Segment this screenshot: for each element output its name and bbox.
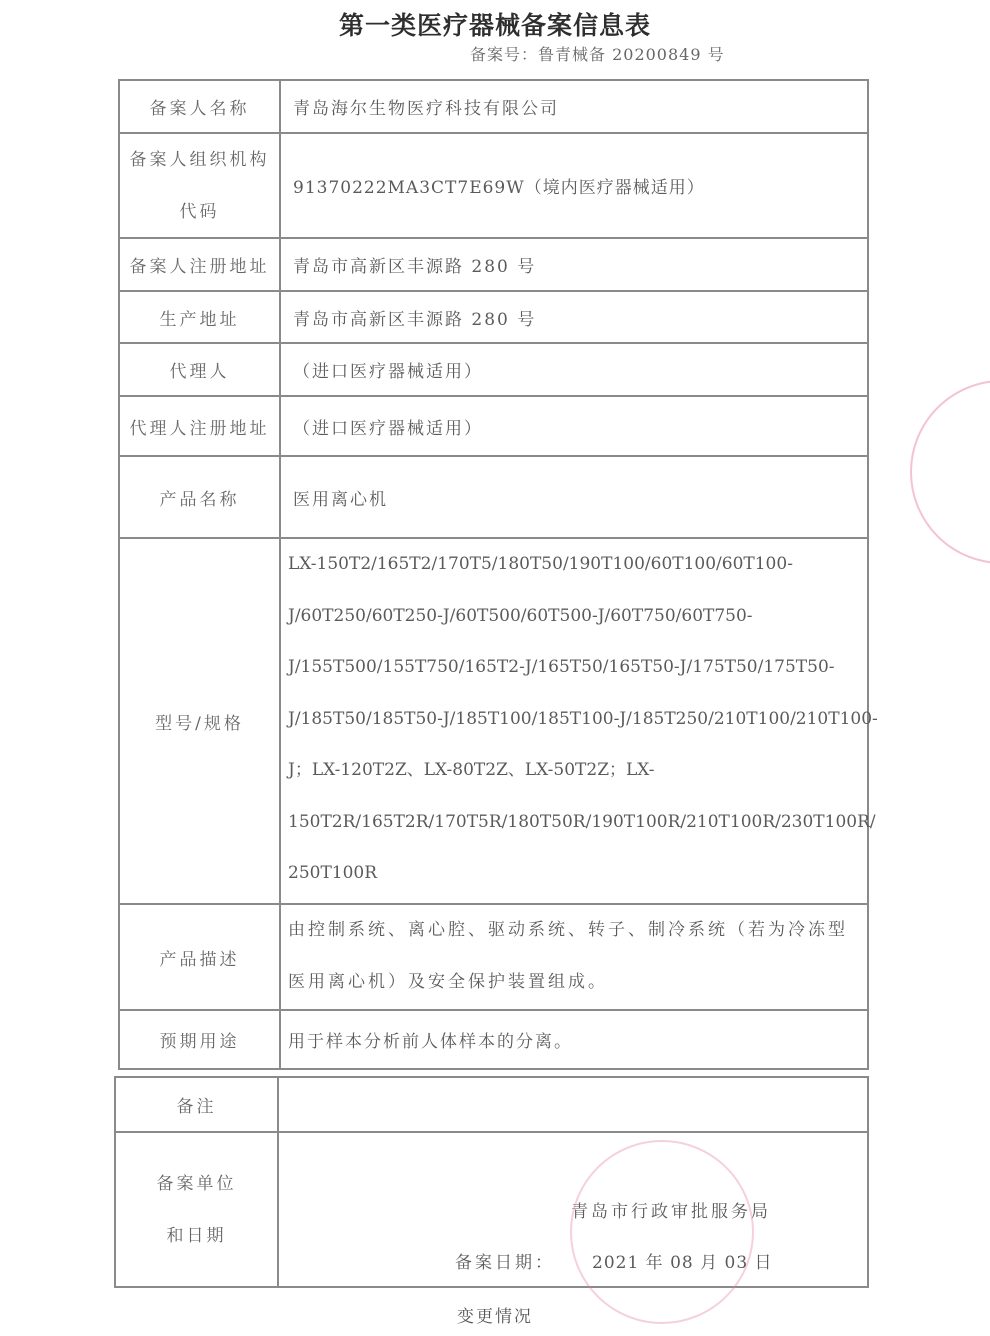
row-label: 生产地址 [120, 292, 281, 342]
row-label: 备案单位 和日期 [116, 1133, 279, 1286]
row-value: 91370222MA3CT7E69W（境内医疗器械适用） [281, 134, 867, 237]
row-value: 青岛市高新区丰源路 280 号 [281, 292, 867, 342]
filing-date-label: 备案日期： [455, 1248, 555, 1273]
table-row-product-name: 产品名称 医用离心机 [120, 457, 867, 539]
row-value: 医用离心机 [281, 457, 867, 537]
row-label: 备案人组织机构 代码 [120, 134, 281, 237]
table-row-org-code: 备案人组织机构 代码 91370222MA3CT7E69W（境内医疗器械适用） [120, 134, 867, 239]
document-title: 第一类医疗器械备案信息表 [0, 6, 990, 42]
row-label: 预期用途 [120, 1011, 281, 1068]
row-label: 代理人注册地址 [120, 397, 281, 455]
row-label: 代理人 [120, 344, 281, 395]
row-label: 型号/规格 [120, 539, 281, 903]
filing-unit-value: 青岛市行政审批服务局 备案日期： 2021 年 08 月 03 日 [279, 1133, 867, 1286]
table-row-agent-address: 代理人注册地址 （进口医疗器械适用） [120, 397, 867, 457]
info-table: 备案人名称 青岛海尔生物医疗科技有限公司 备案人组织机构 代码 91370222… [118, 79, 869, 1070]
table-row-registrant-name: 备案人名称 青岛海尔生物医疗科技有限公司 [120, 81, 867, 134]
row-label: 备注 [116, 1078, 279, 1131]
table-row-production-address: 生产地址 青岛市高新区丰源路 280 号 [120, 292, 867, 344]
row-label: 产品描述 [120, 905, 281, 1009]
table-row-agent: 代理人 （进口医疗器械适用） [120, 344, 867, 397]
product-description-value: 由控制系统、离心腔、驱动系统、转子、制冷系统（若为冷冻型 医用离心机）及安全保护… [281, 905, 867, 1009]
row-label: 备案人名称 [120, 81, 281, 132]
row-value: （进口医疗器械适用） [281, 397, 867, 455]
table-row-registrant-address: 备案人注册地址 青岛市高新区丰源路 280 号 [120, 239, 867, 292]
record-number: 备案号：鲁青械备 20200849 号 [470, 42, 725, 65]
row-value: 青岛海尔生物医疗科技有限公司 [281, 81, 867, 132]
table-row-remark: 备注 [116, 1078, 867, 1133]
row-value: 青岛市高新区丰源路 280 号 [281, 239, 867, 290]
filing-table: 备注 备案单位 和日期 青岛市行政审批服务局 备案日期： 2021 年 08 月… [114, 1076, 869, 1288]
change-record-label: 变更情况 [0, 1302, 990, 1327]
filing-unit-name: 青岛市行政审批服务局 [571, 1197, 771, 1222]
table-row-product-description: 产品描述 由控制系统、离心腔、驱动系统、转子、制冷系统（若为冷冻型 医用离心机）… [120, 905, 867, 1011]
row-value: （进口医疗器械适用） [281, 344, 867, 395]
official-seal-stamp-edge [910, 380, 990, 564]
table-row-intended-use: 预期用途 用于样本分析前人体样本的分离。 [120, 1011, 867, 1068]
row-value: 用于样本分析前人体样本的分离。 [281, 1011, 867, 1068]
row-label: 备案人注册地址 [120, 239, 281, 290]
table-row-model-spec: 型号/规格 LX-150T2/165T2/170T5/180T50/190T10… [120, 539, 867, 905]
row-label: 产品名称 [120, 457, 281, 537]
model-spec-value: LX-150T2/165T2/170T5/180T50/190T100/60T1… [281, 539, 867, 903]
filing-date-value: 2021 年 08 月 03 日 [592, 1248, 773, 1273]
remark-value [279, 1078, 867, 1131]
table-row-filing-unit: 备案单位 和日期 青岛市行政审批服务局 备案日期： 2021 年 08 月 03… [116, 1133, 867, 1286]
